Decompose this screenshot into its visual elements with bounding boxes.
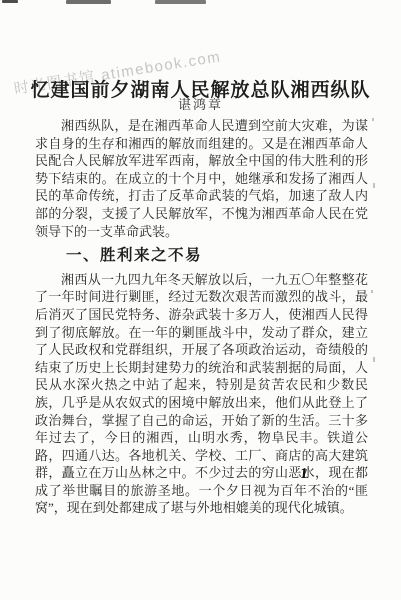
scan-speck: [373, 357, 375, 362]
page-number: 1: [299, 466, 308, 483]
scan-edge-mark-right: [155, 0, 206, 4]
scan-edge-mark-center: [66, 0, 111, 4]
section-paragraph: 湘西从一九四九年冬天解放以后，一九五〇年整整花了一年时间进行剿匪，经过无数次艰苦…: [35, 271, 368, 517]
intro-paragraph: 湘西纵队，是在湘西革命人民遭到空前大灾难，为谋求自身的生存和湘西的解放而组建的。…: [35, 117, 368, 240]
scan-speck: [372, 118, 374, 121]
scan-speck: [371, 290, 373, 293]
scan-speck: [343, 90, 345, 93]
author-name: 谌鸿章: [0, 94, 401, 113]
scan-speck: [373, 183, 375, 188]
scan-edge-mark-left: [2, 0, 18, 3]
article-body: 湘西纵队，是在湘西革命人民遭到空前大灾难，为谋求自身的生存和湘西的解放而组建的。…: [35, 117, 368, 517]
section-heading: 一、胜利来之不易: [35, 247, 368, 265]
scanned-book-page: 时光图书馆 atimebook.com 忆建国前夕湖南人民解放总队湘西纵队 谌鸿…: [0, 0, 401, 600]
